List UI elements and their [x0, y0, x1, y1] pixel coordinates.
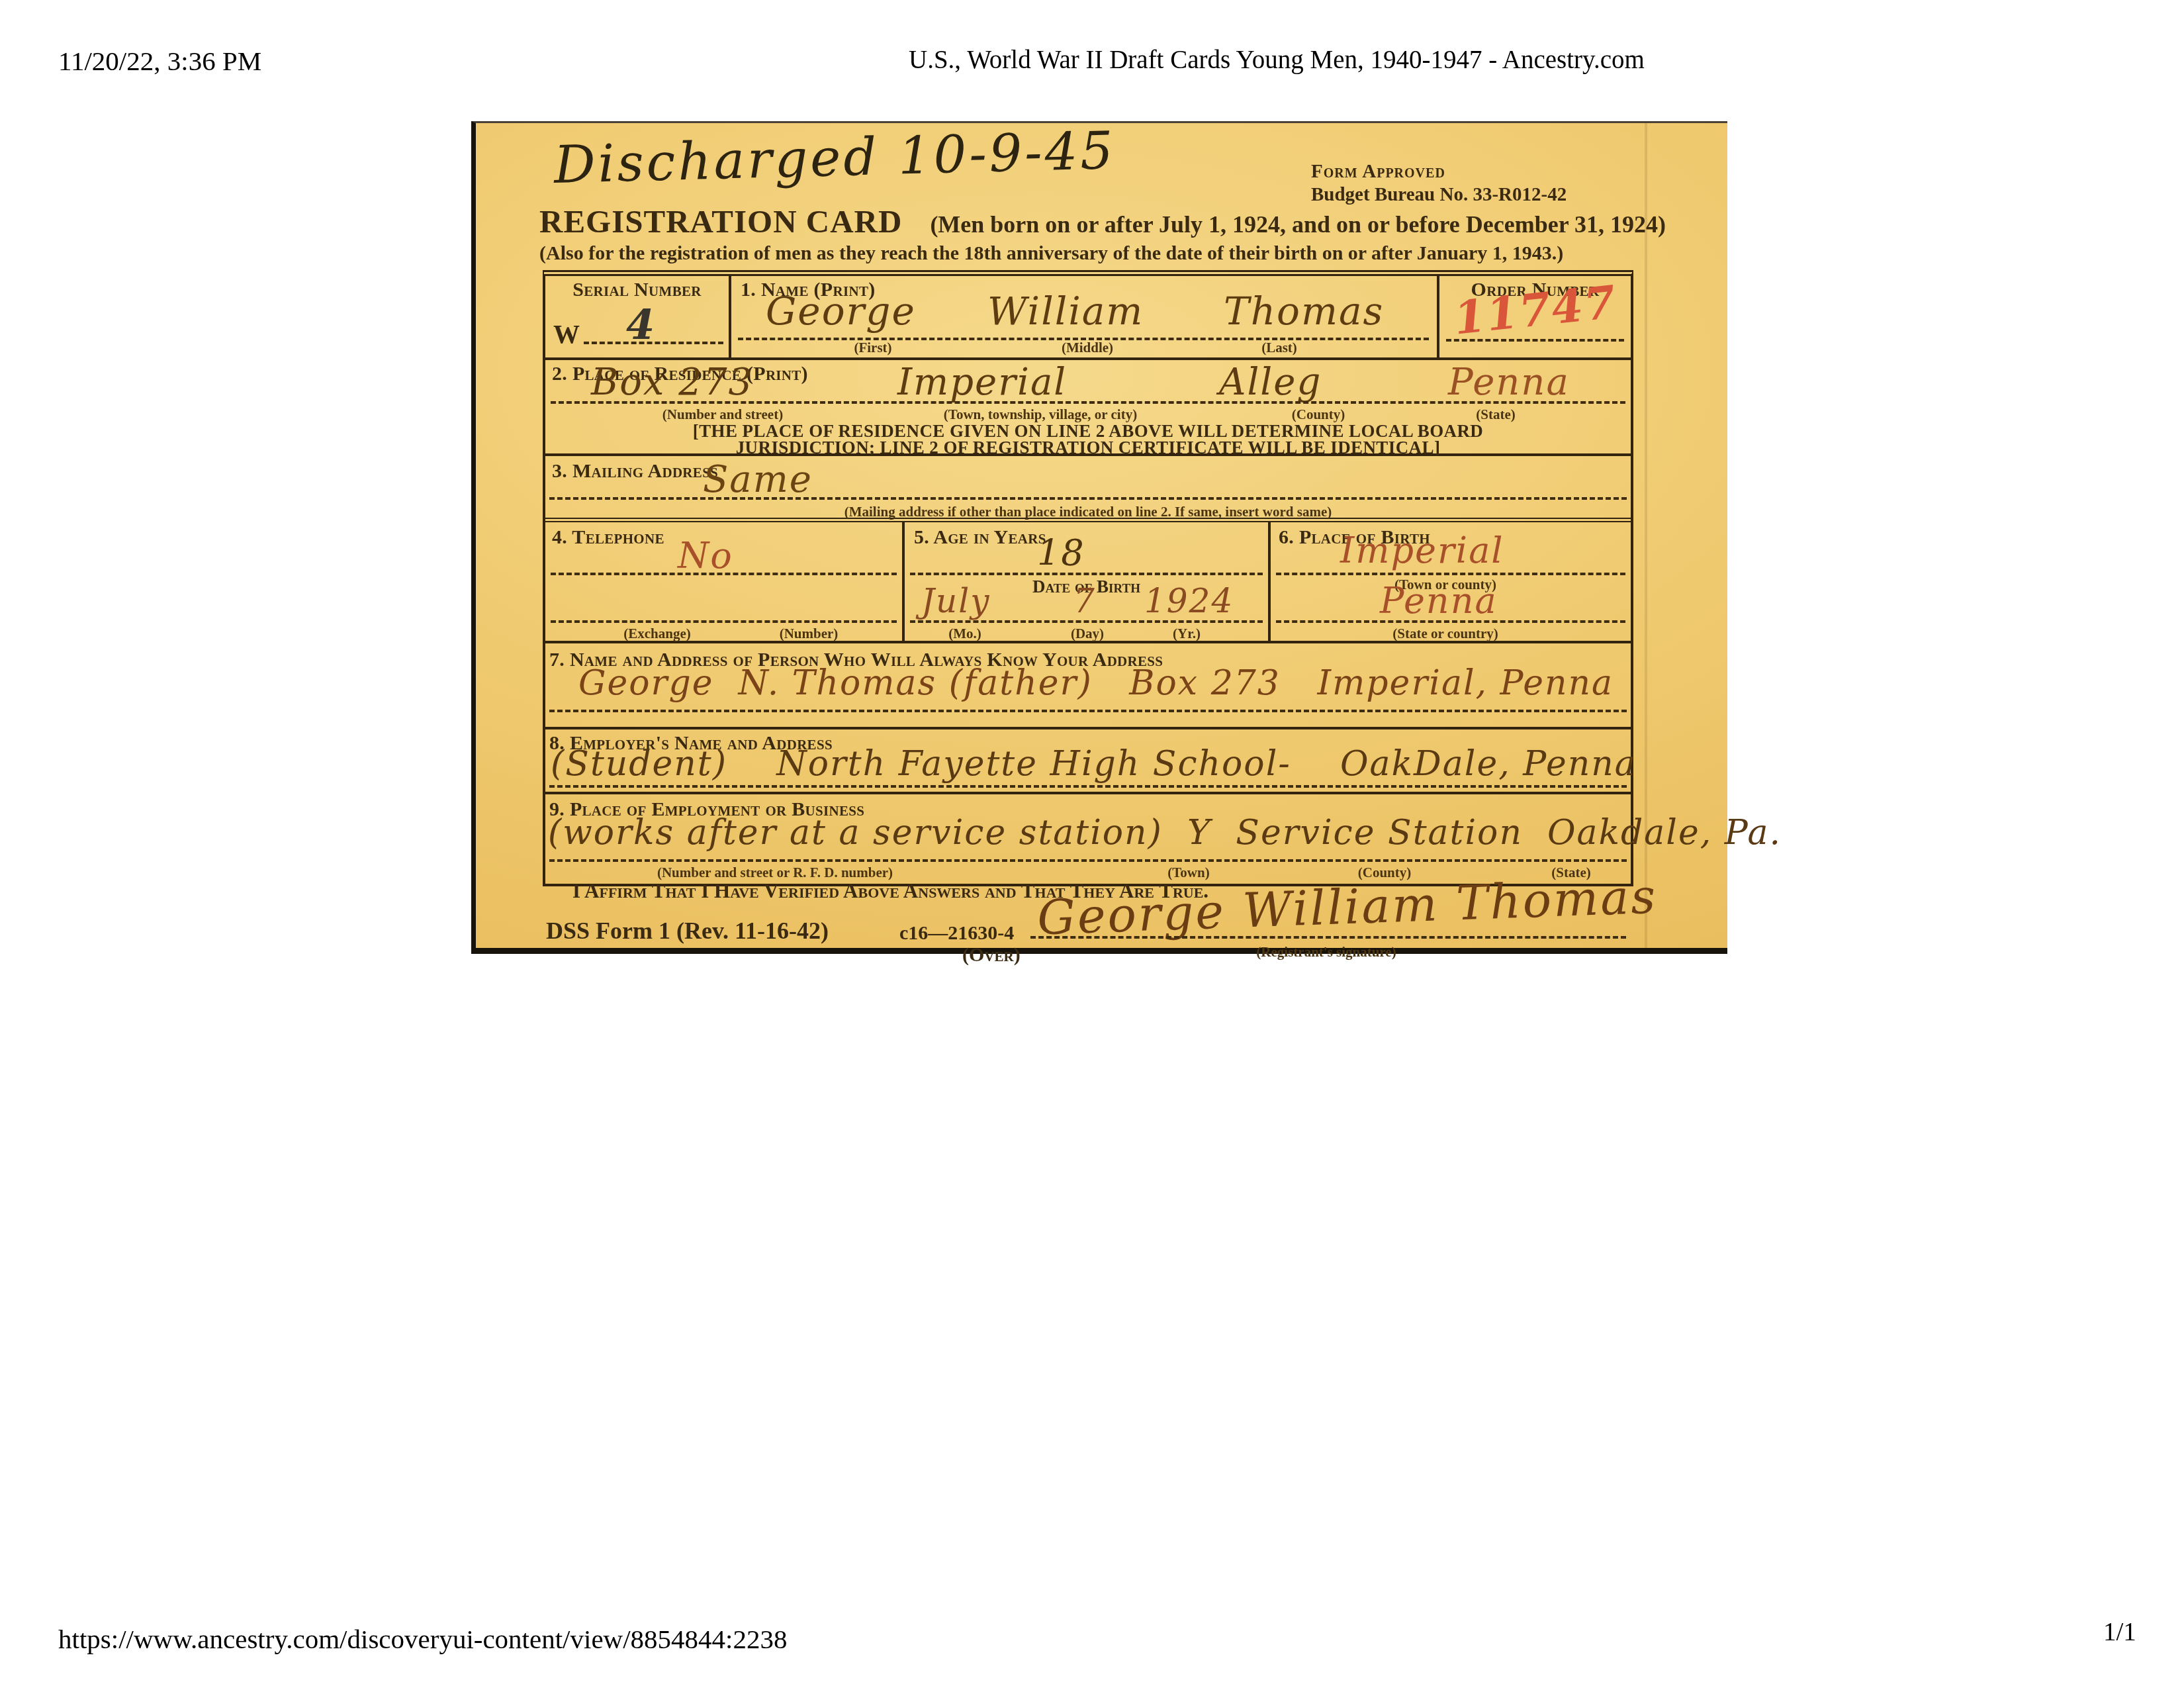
- order-number-cell: Order Number 11747: [1439, 276, 1631, 357]
- row-employer: 8. Employer's Name and Address (Student)…: [545, 729, 1631, 794]
- card-subtitle: (Also for the registration of men as the…: [539, 242, 1563, 265]
- birth-state-sublabel: (State or country): [1392, 626, 1498, 642]
- discharge-handwritten-note: Discharged 10-9-45: [553, 125, 1116, 191]
- print-timestamp: 11/20/22, 3:36 PM: [58, 45, 261, 77]
- telephone-bottom-line: [551, 620, 897, 623]
- form-approved-block: Form Approved Budget Bureau No. 33-R012-…: [1311, 160, 1567, 207]
- birth-state-value: Penna: [1380, 583, 1498, 619]
- residence-town-value: Imperial: [897, 364, 1067, 401]
- row-telephone-age-birth: 4. Telephone No (Exchange) (Number) 5. A…: [545, 522, 1631, 643]
- telephone-number-sublabel: (Number): [780, 626, 839, 642]
- serial-number-label: Serial Number: [545, 279, 729, 301]
- dob-month-sublabel: (Mo.): [948, 626, 981, 642]
- dob-month-value: July: [921, 585, 990, 618]
- residence-county-value: Alleg: [1219, 364, 1322, 401]
- mailing-address-label: 3. Mailing Address: [552, 460, 718, 483]
- name-last-sublabel: (Last): [1261, 340, 1297, 356]
- name-last-value: Thomas: [1224, 292, 1384, 330]
- print-page-number: 1/1: [2103, 1617, 2136, 1647]
- contact-person-value: George N. Thomas (father) Box 273 Imperi…: [578, 666, 1614, 700]
- mailing-write-line: [549, 497, 1627, 500]
- employment-value: (works after at a service station) Y Ser…: [548, 816, 1782, 850]
- signature-line: [1030, 936, 1626, 939]
- row-place-of-employment: 9. Place of Employment or Business (work…: [545, 794, 1631, 884]
- employer-write-line: [549, 785, 1627, 788]
- dob-day-sublabel: (Day): [1071, 626, 1104, 642]
- dob-day-value: 7: [1073, 585, 1096, 618]
- name-middle-sublabel: (Middle): [1062, 340, 1113, 356]
- form-number: DSS Form 1 (Rev. 11-16-42): [546, 917, 829, 945]
- age-cell: 5. Age in Years 18 Date of Birth July 7 …: [905, 522, 1271, 641]
- telephone-cell: 4. Telephone No (Exchange) (Number): [545, 522, 905, 641]
- registration-card-scan: Discharged 10-9-45 Form Approved Budget …: [471, 121, 1727, 954]
- dob-write-line: [910, 620, 1263, 623]
- order-write-line: [1446, 339, 1624, 342]
- printed-page: { "page": { "timestamp": "11/20/22, 3:36…: [0, 0, 2184, 1688]
- age-write-line: [910, 573, 1263, 575]
- telephone-label: 4. Telephone: [552, 526, 664, 549]
- print-source-url: https://www.ancestry.com/discoveryui-con…: [58, 1623, 787, 1655]
- employment-write-line: [549, 859, 1627, 862]
- mailing-address-value: Same: [703, 461, 813, 498]
- name-first-sublabel: (First): [854, 340, 891, 356]
- dob-year-sublabel: (Yr.): [1173, 626, 1201, 642]
- card-title: REGISTRATION CARD: [539, 203, 902, 240]
- serial-number-cell: Serial Number W 4: [545, 276, 731, 357]
- name-first-value: George: [766, 292, 916, 330]
- card-heading: REGISTRATION CARD (Men born on or after …: [539, 203, 1666, 240]
- card-title-note: (Men born on or after July 1, 1924, and …: [930, 211, 1666, 238]
- residence-street-value: Box 273: [591, 364, 753, 401]
- telephone-exchange-sublabel: (Exchange): [623, 626, 691, 642]
- place-of-birth-cell: 6. Place of Birth Imperial (Town or coun…: [1271, 522, 1631, 641]
- contact-write-line: [549, 710, 1627, 712]
- age-label: 5. Age in Years: [914, 526, 1046, 549]
- residence-notice-line2: JURISDICTION; LINE 2 OF REGISTRATION CER…: [545, 438, 1631, 458]
- row-mailing-address: 3. Mailing Address Same (Mailing address…: [545, 456, 1631, 522]
- birth-town-line: [1276, 573, 1625, 575]
- employer-value: (Student) North Fayette High School- Oak…: [551, 747, 1637, 781]
- residence-state-value: Penna: [1448, 364, 1570, 401]
- age-value: 18: [1037, 536, 1085, 571]
- row-serial-name-order: Serial Number W 4 1. Name (Print) George…: [545, 276, 1631, 360]
- telephone-value: No: [678, 538, 733, 574]
- form-approved-line1: Form Approved: [1311, 160, 1567, 183]
- dob-year-value: 1924: [1144, 585, 1234, 618]
- serial-number-value: 4: [626, 305, 656, 346]
- telephone-write-line: [551, 573, 897, 575]
- print-code: c16—21630-4: [899, 922, 1014, 945]
- residence-write-line: [551, 401, 1625, 404]
- mailing-address-sublabel: (Mailing address if other than place ind…: [545, 504, 1631, 520]
- print-document-title: U.S., World War II Draft Cards Young Men…: [909, 45, 1645, 75]
- row-residence: 2. Place of Residence (Print) Box 273 Im…: [545, 360, 1631, 456]
- signature-sublabel: (Registrant's signature): [1256, 944, 1396, 961]
- birth-town-value: Imperial: [1340, 533, 1504, 569]
- over-note: (Over): [962, 944, 1021, 966]
- row-contact-person: 7. Name and Address of Person Who Will A…: [545, 643, 1631, 729]
- birth-state-line: [1276, 620, 1625, 623]
- name-cell: 1. Name (Print) George William Thomas (F…: [731, 276, 1439, 357]
- serial-prefix: W: [553, 318, 580, 350]
- registration-form-table: Serial Number W 4 1. Name (Print) George…: [543, 270, 1633, 886]
- name-middle-value: William: [987, 292, 1144, 330]
